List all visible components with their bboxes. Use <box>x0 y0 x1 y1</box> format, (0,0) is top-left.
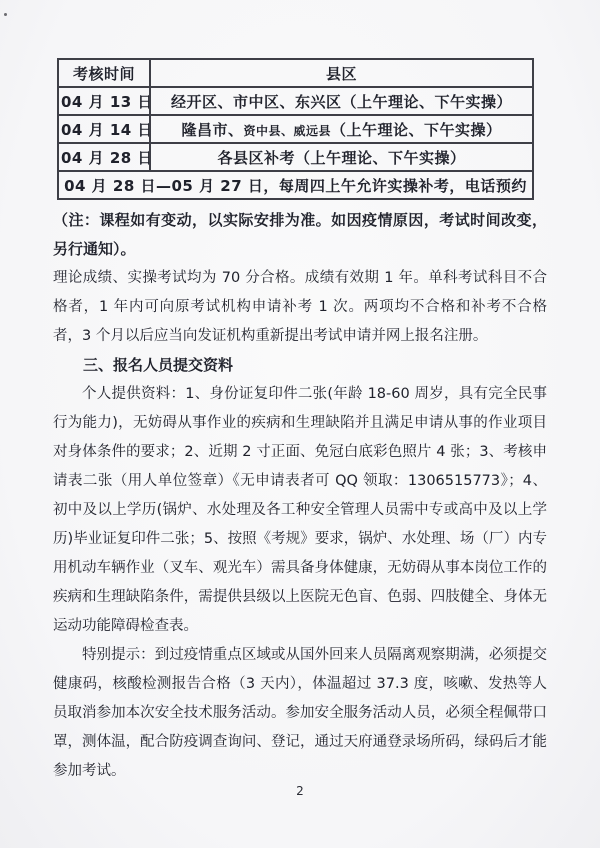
district-cell: 隆昌市、资中县、威远县（上午理论、下午实操） <box>150 115 533 143</box>
header-cell-exam-time: 考核时间 <box>58 59 150 87</box>
makeup-exam-note-cell: 04 月 28 日—05 月 27 日，每周四上午允许实操补考，电话预约 <box>58 171 533 199</box>
district-cell: 各县区补考（上午理论、下午实操） <box>150 143 533 171</box>
table-row: 04 月 13 日 经开区、市中区、东兴区（上午理论、下午实操） <box>58 87 533 115</box>
schedule-change-note: （注：课程如有变动，以实际安排为准。如因疫情原因，考试时间改变，另行通知）。 <box>53 206 547 264</box>
covid-special-notice-paragraph: 特别提示：到过疫情重点区域或从国外回来人员隔离观察期满，必须提交健康码，核酸检测… <box>53 641 547 786</box>
table-footer-row: 04 月 28 日—05 月 27 日，每周四上午允许实操补考，电话预约 <box>58 171 533 199</box>
document-body: （注：课程如有变动，以实际安排为准。如因疫情原因，考试时间改变，另行通知）。 理… <box>53 206 547 786</box>
district-text: 隆昌市、 <box>181 121 243 139</box>
exam-schedule-table-container: 考核时间 县区 04 月 13 日 经开区、市中区、东兴区（上午理论、下午实操）… <box>57 58 534 200</box>
required-materials-paragraph: 个人提供资料：1、身份证复印件二张(年龄 18-60 周岁，具有完全民事行为能力… <box>53 380 547 641</box>
scan-speck-artifact <box>4 13 7 16</box>
district-text: （上午理论、下午实操） <box>331 121 502 139</box>
header-cell-district: 县区 <box>150 59 533 87</box>
grading-rules-paragraph: 理论成绩、实操考试均为 70 分合格。成绩有效期 1 年。单科考试科目不合格者，… <box>53 264 547 351</box>
scanned-document-page: 考核时间 县区 04 月 13 日 经开区、市中区、东兴区（上午理论、下午实操）… <box>0 0 600 848</box>
date-cell: 04 月 14 日 <box>58 115 150 143</box>
district-cell: 经开区、市中区、东兴区（上午理论、下午实操） <box>150 87 533 115</box>
section-heading-materials: 三、报名人员提交资料 <box>53 351 547 380</box>
date-cell: 04 月 28 日 <box>58 143 150 171</box>
table-header-row: 考核时间 县区 <box>58 59 533 87</box>
date-cell: 04 月 13 日 <box>58 87 150 115</box>
district-text-small: 资中县、威远县 <box>243 124 331 138</box>
page-number: 2 <box>0 784 600 798</box>
table-row: 04 月 28 日 各县区补考（上午理论、下午实操） <box>58 143 533 171</box>
table-row: 04 月 14 日 隆昌市、资中县、威远县（上午理论、下午实操） <box>58 115 533 143</box>
exam-schedule-table: 考核时间 县区 04 月 13 日 经开区、市中区、东兴区（上午理论、下午实操）… <box>57 58 534 200</box>
